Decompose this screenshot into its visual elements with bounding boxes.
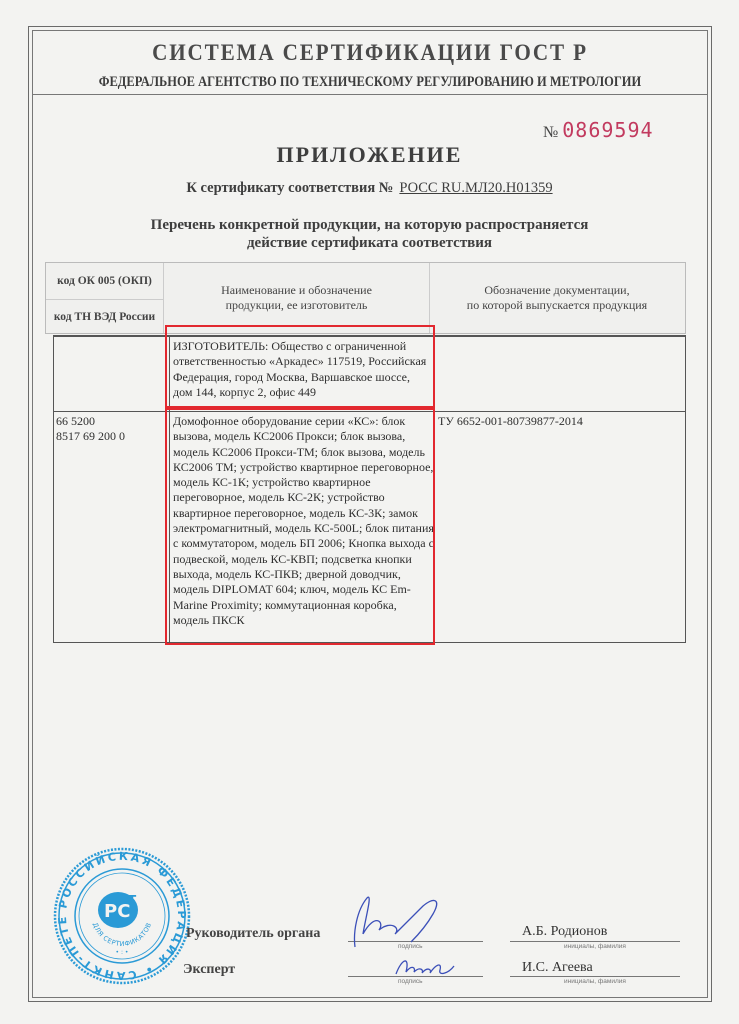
header-band: СИСТЕМА СЕРТИФИКАЦИИ ГОСТ Р ФЕДЕРАЛЬНОЕ … bbox=[32, 30, 708, 95]
head-label: Руководитель органа bbox=[186, 926, 320, 942]
header-documentation-line2: по которой выпускается продукция bbox=[467, 298, 647, 313]
table-header: код ОК 005 (ОКП) код ТН ВЭД России Наиме… bbox=[45, 262, 686, 334]
head-name-caption: инициалы, фамилия bbox=[564, 943, 626, 950]
form-number: №0869594 bbox=[543, 118, 654, 142]
header-product-name-line1: Наименование и обозначение bbox=[221, 283, 372, 298]
documentation-cell: ТУ 6652-001-80739877-2014 bbox=[438, 414, 683, 429]
serial-number: 0869594 bbox=[562, 118, 653, 142]
highlight-box-manufacturer bbox=[165, 325, 435, 408]
head-signature-icon bbox=[345, 892, 455, 956]
expert-name-caption: инициалы, фамилия bbox=[564, 978, 626, 985]
header-product-name: Наименование и обозначение продукции, ее… bbox=[163, 263, 430, 333]
svg-text:Т: Т bbox=[128, 893, 137, 907]
header-documentation: Обозначение документации, по которой вып… bbox=[429, 263, 685, 333]
svg-text:• : •: • : • bbox=[116, 949, 129, 956]
certificate-reference: К сертификату соответствия №РОСС RU.МЛ20… bbox=[0, 180, 739, 197]
system-title: СИСТЕМА СЕРТИФИКАЦИИ ГОСТ Р bbox=[59, 40, 681, 66]
expert-name-line bbox=[510, 976, 680, 977]
expert-name: И.С. Агеева bbox=[522, 960, 593, 976]
certification-stamp: РОССИЙСКАЯ ФЕДЕРАЦИЯ • САНКТ-ПЕТЕРБУРГ Р… bbox=[52, 846, 192, 986]
svg-text:РС: РС bbox=[104, 901, 130, 922]
list-title: Перечень конкретной продукции, на котору… bbox=[0, 216, 739, 252]
list-title-line2: действие сертификата соответствия bbox=[0, 234, 739, 252]
header-documentation-line1: Обозначение документации, bbox=[467, 283, 647, 298]
expert-signature-icon bbox=[392, 952, 462, 980]
head-name: А.Б. Родионов bbox=[522, 924, 607, 940]
page-title: ПРИЛОЖЕНИЕ bbox=[0, 142, 739, 168]
codes-cell: 66 5200 8517 69 200 0 bbox=[56, 414, 166, 445]
list-title-line1: Перечень конкретной продукции, на котору… bbox=[0, 216, 739, 234]
highlight-box-products bbox=[165, 408, 435, 645]
code-okp: 66 5200 bbox=[56, 414, 166, 429]
stamp-icon: РОССИЙСКАЯ ФЕДЕРАЦИЯ • САНКТ-ПЕТЕРБУРГ Р… bbox=[52, 846, 192, 986]
code-tnved: 8517 69 200 0 bbox=[56, 429, 166, 444]
header-product-name-line2: продукции, ее изготовитель bbox=[221, 298, 372, 313]
certificate-number: РОСС RU.МЛ20.Н01359 bbox=[399, 180, 552, 196]
expert-label: Эксперт bbox=[183, 962, 235, 978]
number-sign: № bbox=[543, 124, 558, 141]
head-name-line bbox=[510, 941, 680, 942]
agency-title: ФЕДЕРАЛЬНОЕ АГЕНТСТВО ПО ТЕХНИЧЕСКОМУ РЕ… bbox=[79, 74, 660, 91]
header-code-okp: код ОК 005 (ОКП) bbox=[46, 263, 163, 300]
certificate-label: К сертификату соответствия № bbox=[186, 180, 393, 196]
header-code-tnved: код ТН ВЭД России bbox=[46, 299, 163, 335]
